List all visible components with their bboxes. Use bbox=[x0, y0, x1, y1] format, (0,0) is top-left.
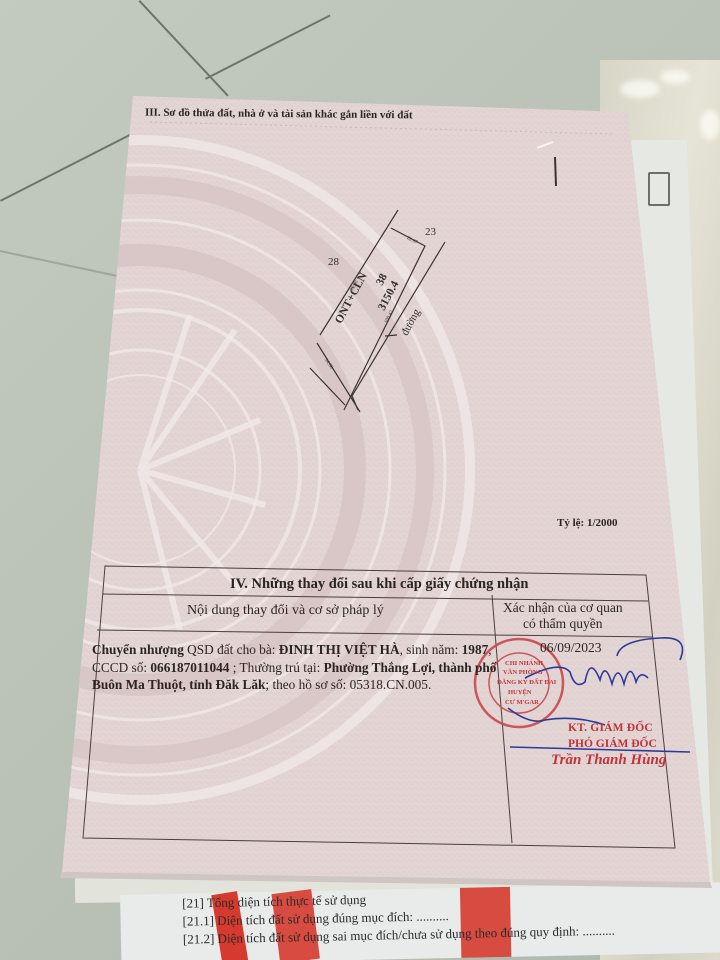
light-glare bbox=[660, 70, 690, 84]
light-glare bbox=[700, 110, 720, 140]
form-line-21: [21] Tổng diện tích thực tế sử dụng bbox=[182, 892, 366, 912]
red-stamp-print bbox=[460, 887, 511, 958]
sheet-tab-mark bbox=[648, 172, 670, 206]
light-glare bbox=[620, 80, 660, 98]
underlying-form-sheet: [21] Tổng diện tích thực tế sử dụng [21.… bbox=[120, 882, 720, 960]
